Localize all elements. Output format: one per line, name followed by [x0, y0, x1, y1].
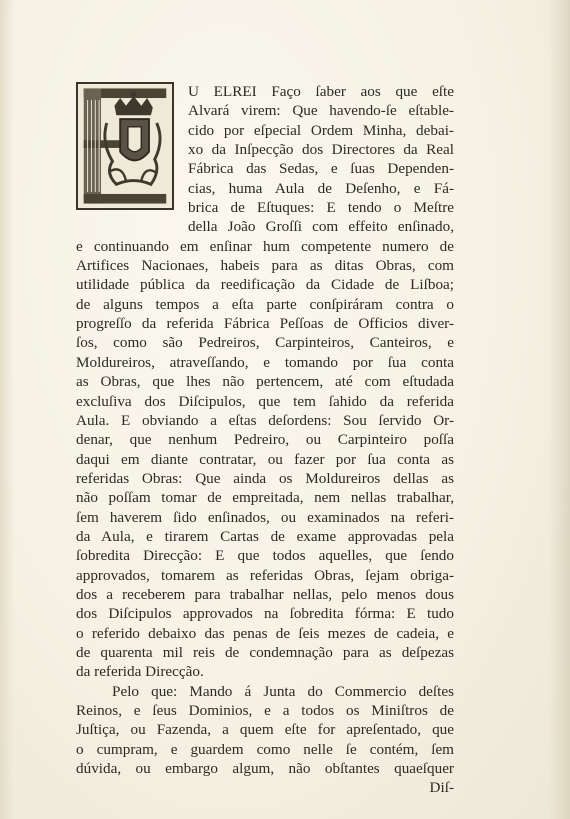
text-line: della João Groſſi com effeito enſinado,: [188, 217, 454, 236]
text-line: daqui em diante contratar, ou fazer por …: [76, 450, 454, 469]
text-line: ſem haverem ſido enſinados, ou examinado…: [76, 508, 454, 527]
text-line: Juſtiça, ou Fazenda, a quem eſte for apr…: [76, 720, 454, 739]
text-line: de quarenta mil reis de condemnação para…: [76, 643, 454, 662]
page-edge-shadow-left: [0, 0, 14, 819]
text-line: da Aula, e tirarem Cartas de exame appro…: [76, 527, 454, 546]
text-line: e continuando em enſinar hum competente …: [76, 237, 454, 256]
text-line: utilidade pública da reedificação da Cid…: [76, 275, 454, 294]
decorated-initial-e-icon: [76, 82, 174, 210]
text-line: ſobredita Direcção: E que todos aquelles…: [76, 546, 454, 565]
text-line: xo da Inſpecção dos Directores da Real: [188, 140, 454, 159]
text-line: Alvará virem: Que havendo-ſe eſtable-: [188, 101, 454, 120]
document-body: U ELREI Faço ſaber aos que eſte Alvará v…: [76, 82, 454, 798]
text-line: Reinos, e ſeus Dominios, e a todos os Mi…: [76, 701, 454, 720]
page-edge-shadow-right: [548, 0, 570, 819]
text-line: denar, que nenhum Pedreiro, ou Carpintei…: [76, 430, 454, 449]
text-line: da referida Direcção.: [76, 662, 454, 681]
text-line: ſos, como são Pedreiros, Carpinteiros, C…: [76, 333, 454, 352]
text-line: o cumpram, e guardem como nelle ſe conté…: [76, 740, 454, 759]
catchword: Diſ-: [76, 778, 454, 797]
crown-coat-of-arms-icon: [78, 84, 172, 208]
text-line: o referido debaixo das penas de ſeis mez…: [76, 624, 454, 643]
text-line: Pelo que: Mando á Junta do Commercio deſ…: [76, 682, 454, 701]
text-line: de alguns tempos a eſta parte conſpirára…: [76, 295, 454, 314]
text-line: dos a receberem para trabalhar nellas, p…: [76, 585, 454, 604]
text-line: não poſſam tomar de empreitada, nem nell…: [76, 488, 454, 507]
text-line: progreſſo da referida Fábrica Peſſoas de…: [76, 314, 454, 333]
text-line: Artifices Nacionaes, habeis para as dita…: [76, 256, 454, 275]
text-line: referidas Obras: Que ainda os Moldureiro…: [76, 469, 454, 488]
text-line: Aula. E obviando a eſtas deſordens: Sou …: [76, 411, 454, 430]
text-line: dos Diſcipulos approvados na ſobredita f…: [76, 604, 454, 623]
text-line: Moldureiros, atraveſſando, e tomando por…: [76, 353, 454, 372]
text-line: dúvida, ou embargo algum, não obſtantes …: [76, 759, 454, 778]
text-line: brica de Eſtuques: E tendo o Meſtre: [188, 198, 454, 217]
text-line: excluſiva dos Diſcipulos, que tem ſahido…: [76, 392, 454, 411]
text-line: U ELREI Faço ſaber aos que eſte: [188, 82, 454, 101]
text-line: approvados, tomarem as referidas Obras, …: [76, 566, 454, 585]
text-line: Fábrica das Sedas, e ſuas Dependen-: [188, 159, 454, 178]
text-line: cido por eſpecial Ordem Minha, debai-: [188, 121, 454, 140]
text-line: as Obras, que lhes não pertencem, até co…: [76, 372, 454, 391]
text-line: cias, huma Aula de Deſenho, e Fá-: [188, 179, 454, 198]
